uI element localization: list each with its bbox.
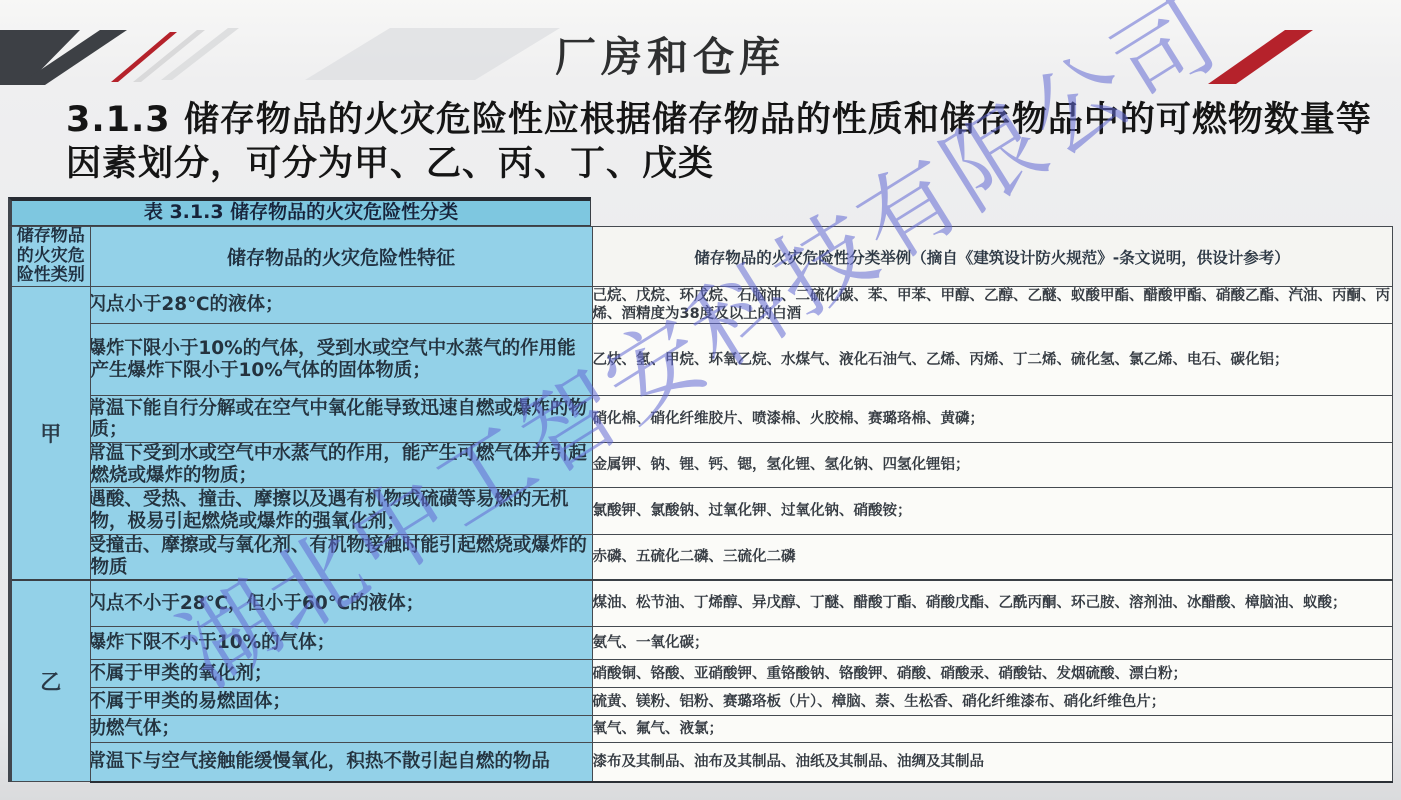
feature-text: 不属于甲类的氧化剂；	[90, 663, 272, 684]
table-row: 6常温下与空气接触能缓慢氧化，积热不散引起自燃的物品 漆布及其制品、油布及其制品…	[10, 743, 1392, 782]
header-feature: 储存物品的火灾危险性特征	[90, 227, 592, 287]
feature-text: 遇酸、受热、撞击、摩擦以及遇有机物或硫磺等易燃的无机物，极易引起燃烧或爆炸的强氧…	[90, 489, 568, 532]
table-row: 5助燃气体； 氧气、氟气、液氯；	[10, 716, 1392, 743]
examples-text: 金属钾、钠、锂、钙、锶，氢化锂、氢化钠、四氢化锂铝；	[592, 443, 1392, 488]
table-row: 5遇酸、受热、撞击、摩擦以及遇有机物或硫磺等易燃的无机物，极易引起燃烧或爆炸的强…	[10, 488, 1392, 535]
table-header-row: 储存物品的火灾危险性类别 储存物品的火灾危险性特征 储存物品的火灾危险性分类举例…	[10, 227, 1392, 287]
table-caption: 表 3.1.3 储存物品的火灾危险性分类	[8, 197, 591, 226]
table-row: 4常温下受到水或空气中水蒸气的作用，能产生可燃气体并引起燃烧或爆炸的物质； 金属…	[10, 443, 1392, 488]
examples-text: 己烷、戊烷、环戊烷、石脑油、二硫化碳、苯、甲苯、甲醇、乙醇、乙醚、蚁酸甲酯、醋酸…	[592, 287, 1392, 324]
table-row: 乙 1闪点不小于28℃，但小于60℃的液体； 煤油、松节油、丁烯醇、异戊醇、丁醚…	[10, 580, 1392, 627]
category-yi: 乙	[10, 580, 90, 782]
table-row: 2爆炸下限小于10%的气体，受到水或空气中水蒸气的作用能产生爆炸下限小于10%气…	[10, 324, 1392, 396]
examples-text: 煤油、松节油、丁烯醇、异戊醇、丁醚、醋酸丁酯、硝酸戊酯、乙酰丙酮、环己胺、溶剂油…	[592, 580, 1392, 627]
feature-text: 常温下受到水或空气中水蒸气的作用，能产生可燃气体并引起燃烧或爆炸的物质；	[90, 443, 587, 486]
slide: 厂房和仓库 3.1.3 储存物品的火灾危险性应根据储存物品的性质和储存物品中的可…	[0, 0, 1401, 800]
examples-text: 硝化棉、硝化纤维胶片、喷漆棉、火胶棉、赛璐珞棉、黄磷；	[592, 396, 1392, 443]
feature-text: 常温下能自行分解或在空气中氧化能导致迅速自燃或爆炸的物质；	[90, 398, 587, 441]
examples-text: 乙炔、氢、甲烷、环氧乙烷、水煤气、液化石油气、乙烯、丙烯、丁二烯、硫化氢、氯乙烯…	[592, 324, 1392, 396]
table-row: 3不属于甲类的氧化剂； 硝酸铜、铬酸、亚硝酸钾、重铬酸钠、铬酸钾、硝酸、硝酸汞、…	[10, 660, 1392, 688]
examples-text: 赤磷、五硫化二磷、三硫化二磷	[592, 535, 1392, 580]
feature-text: 受撞击、摩擦或与氧化剂、有机物接触时能引起燃烧或爆炸的物质	[90, 535, 587, 578]
table-row: 6受撞击、摩擦或与氧化剂、有机物接触时能引起燃烧或爆炸的物质 赤磷、五硫化二磷、…	[10, 535, 1392, 580]
feature-text: 不属于甲类的易燃固体；	[90, 691, 291, 712]
table-row: 2爆炸下限不小于10%的气体； 氨气、一氧化碳；	[10, 627, 1392, 660]
category-jia: 甲	[10, 287, 90, 580]
examples-text: 硫黄、镁粉、铝粉、赛璐珞板（片）、樟脑、萘、生松香、硝化纤维漆布、硝化纤维色片；	[592, 688, 1392, 716]
header-examples: 储存物品的火灾危险性分类举例（摘自《建筑设计防火规范》-条文说明，供设计参考）	[592, 227, 1392, 287]
table-row: 甲 1闪点小于28℃的液体； 己烷、戊烷、环戊烷、石脑油、二硫化碳、苯、甲苯、甲…	[10, 287, 1392, 324]
feature-text: 常温下与空气接触能缓慢氧化，积热不散引起自燃的物品	[90, 751, 550, 772]
feature-text: 助燃气体；	[90, 718, 180, 739]
clause-3-1-3-text: 3.1.3 储存物品的火灾危险性应根据储存物品的性质和储存物品中的可燃物数量等因…	[66, 98, 1396, 186]
examples-text: 漆布及其制品、油布及其制品、油纸及其制品、油绸及其制品	[592, 743, 1392, 782]
feature-text: 闪点不小于28℃，但小于60℃的液体；	[90, 593, 424, 614]
examples-text: 硝酸铜、铬酸、亚硝酸钾、重铬酸钠、铬酸钾、硝酸、硝酸汞、硝酸钴、发烟硫酸、漂白粉…	[592, 660, 1392, 688]
header-category: 储存物品的火灾危险性类别	[10, 227, 90, 287]
examples-text: 氯酸钾、氯酸钠、过氧化钾、过氧化钠、硝酸铵；	[592, 488, 1392, 535]
fire-hazard-classification-table: 表 3.1.3 储存物品的火灾危险性分类 储存物品的火灾危险性类别 储存物品的火…	[8, 197, 1393, 783]
feature-text: 闪点小于28℃的液体；	[90, 294, 284, 315]
table-row: 4不属于甲类的易燃固体； 硫黄、镁粉、铝粉、赛璐珞板（片）、樟脑、萘、生松香、硝…	[10, 688, 1392, 716]
examples-text: 氧气、氟气、液氯；	[592, 716, 1392, 743]
feature-text: 爆炸下限不小于10%的气体；	[90, 632, 335, 653]
feature-text: 爆炸下限小于10%的气体，受到水或空气中水蒸气的作用能产生爆炸下限小于10%气体…	[90, 338, 576, 381]
examples-text: 氨气、一氧化碳；	[592, 627, 1392, 660]
slide-title: 厂房和仓库	[0, 24, 1340, 83]
table-row: 3常温下能自行分解或在空气中氧化能导致迅速自燃或爆炸的物质； 硝化棉、硝化纤维胶…	[10, 396, 1392, 443]
